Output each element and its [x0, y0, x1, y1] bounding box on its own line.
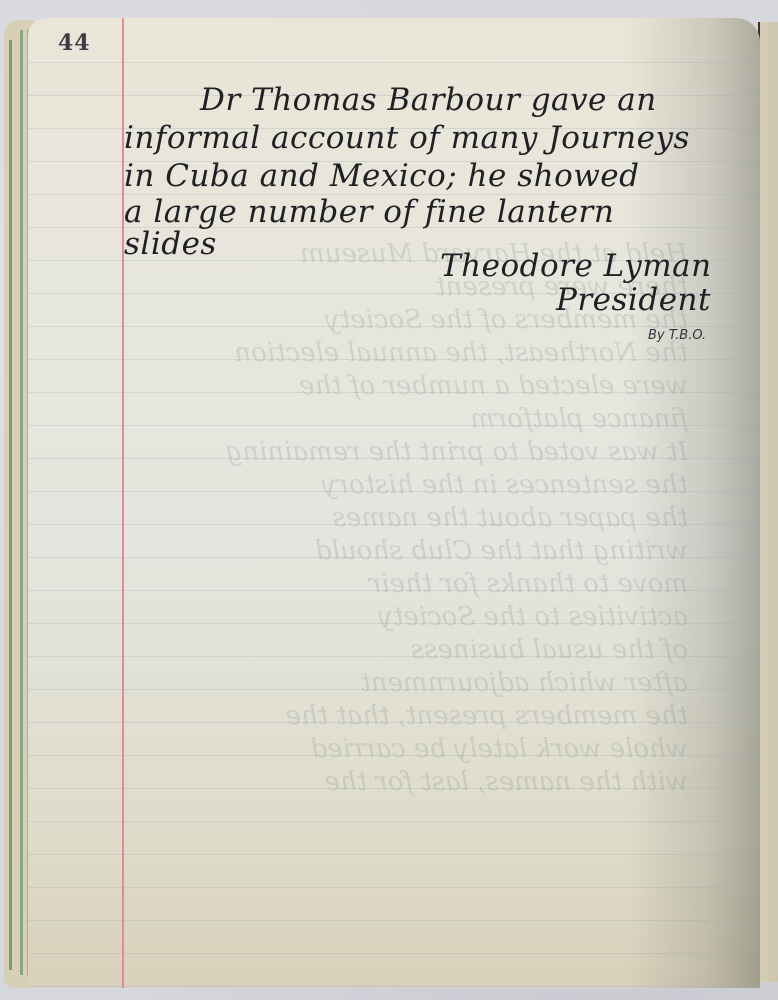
signature-title: President: [556, 282, 711, 318]
ledger-page: Held at the Harvard Museum there were pr…: [28, 18, 760, 988]
bleed-through-text: Held at the Harvard Museum there were pr…: [128, 238, 688, 798]
entry-line: informal account of many Journeys: [124, 120, 690, 156]
page-edge-stripe: [20, 30, 23, 975]
signature-name: Theodore Lyman: [440, 248, 712, 284]
page-number: 44: [58, 30, 91, 56]
entry-line: a large number of fine lantern: [124, 194, 614, 230]
entry-line: Dr Thomas Barbour gave an: [200, 82, 657, 118]
entry-line: in Cuba and Mexico; he showed: [124, 158, 639, 194]
entry-line: slides: [124, 226, 217, 262]
initials-annotation: By T.B.O.: [648, 328, 706, 343]
facing-page-edge: [758, 22, 778, 982]
page-edge-stripe: [9, 40, 12, 970]
